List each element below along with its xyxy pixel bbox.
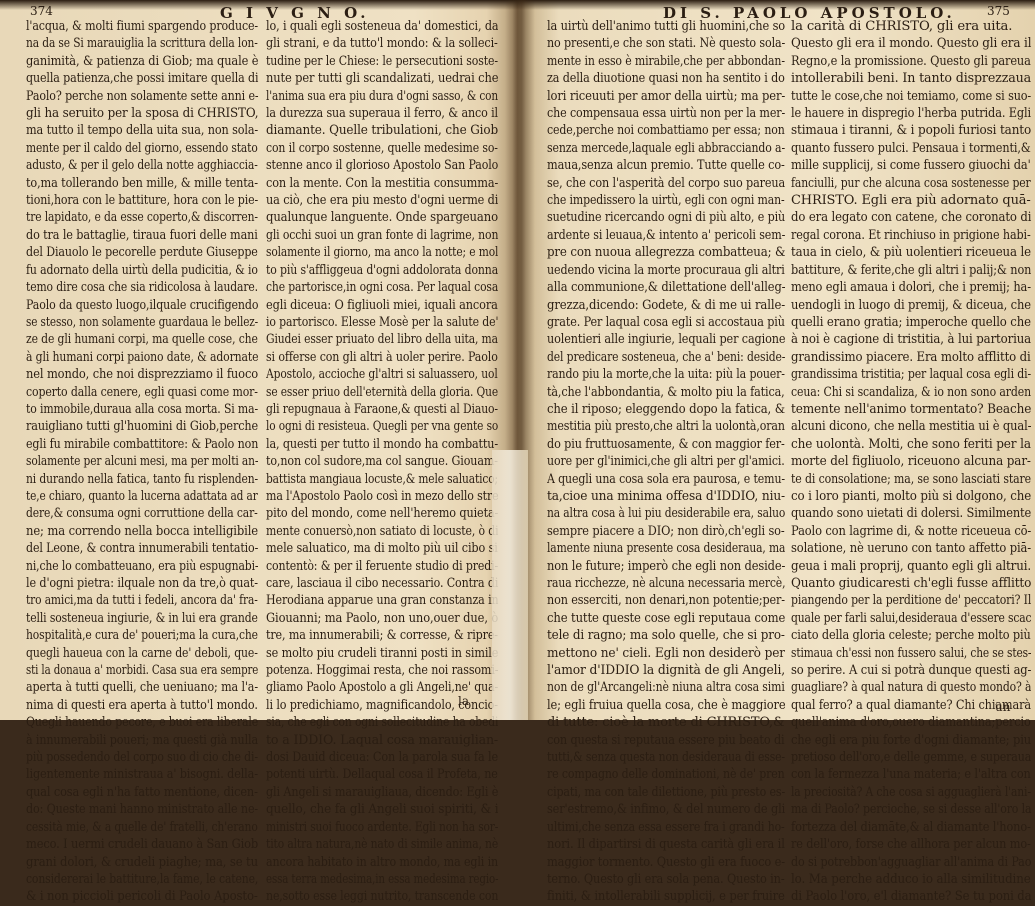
text-line: che compensaua essa uirtù non per la mer… xyxy=(547,105,785,122)
text-line: suetudine ricercando ogni di più alto, e… xyxy=(547,209,785,226)
text-line: del Leone, & contra innumerabili tentati… xyxy=(26,540,258,557)
text-line: aperta à tutti quelli, che ueniuano; ma … xyxy=(26,679,258,696)
text-line: egli fu mirabile combattitore: & Paolo n… xyxy=(26,436,258,453)
text-line: dere,& consuma ogni corruttione della ca… xyxy=(26,505,258,522)
text-line: alla communione,& dilettatione dell'alle… xyxy=(547,279,785,296)
text-line: fanciulli, pur che alcuna cosa sosteness… xyxy=(791,175,1031,192)
text-line: se stesso, non solamente guardaua le bel… xyxy=(26,314,258,331)
text-line: ua ciò, che era piu mesto d'ogni uerme d… xyxy=(266,192,498,209)
text-line: senza mercede,laquale egli abbracciando … xyxy=(547,140,785,157)
text-line: Giudei esser priuato del libro della uit… xyxy=(266,331,498,348)
text-line: mille supplicij, si come fussero giuochi… xyxy=(791,157,1031,174)
text-line: temo dire cosa che sia ridicolosa à laud… xyxy=(26,279,258,296)
text-line: no presenti,e che son stati. Nè questo s… xyxy=(547,35,785,52)
text-line: ni,che lo combatteuano, era più espugnab… xyxy=(26,558,258,575)
text-line: taua in cielo, & più uolentieri riceueua… xyxy=(791,244,1031,261)
text-line: cede,perche noi combattiamo per essa; no… xyxy=(547,122,785,139)
text-line: na altra cosa à lui piu desiderabile era… xyxy=(547,505,785,522)
text-line: intollerabili beni. In tanto disprezzaua xyxy=(791,70,1031,87)
text-line: io partorisco. Elesse Mosè per la salute… xyxy=(266,314,498,331)
text-line: tre, ma innumerabili; & corresse, & ripr… xyxy=(266,627,498,644)
text-line: nel mondo, che noi disprezziamo il fuoco xyxy=(26,366,258,383)
text-line: care, lasciaua il cibo necessario. Contr… xyxy=(266,575,498,592)
text-line: con la mente. Con la mestitia consumma- xyxy=(266,175,498,192)
text-line: battiture, & ferite,che gli altri i pali… xyxy=(791,262,1031,279)
text-line: egli diceua: O figliuoli miei, iquali an… xyxy=(266,297,498,314)
text-line: mente per il caldo del giorno, essendo s… xyxy=(26,140,258,157)
text-line: nima di questi era aperta à tutto'l mond… xyxy=(26,697,258,714)
text-line: Quegli hauendo pecore, e buoi era libera… xyxy=(26,714,258,720)
text-line: la carità di CHRISTO, gli era uita. xyxy=(791,18,1031,35)
text-line: se molto piu crudeli tiranni posti in si… xyxy=(266,645,498,662)
text-line: uedendo vicina la morte procuraua gli al… xyxy=(547,262,785,279)
text-line: raua ricchezze, nè alcuna necessaria mer… xyxy=(547,575,785,592)
text-line: potenza. Hoggimai resta, che noi rassomi… xyxy=(266,662,498,679)
text-line: do tra le battaglie, tiraua fuori delle … xyxy=(26,227,258,244)
text-line: hospitalità,e cura de' poueri;ma la cura… xyxy=(26,627,258,644)
text-line: l'acqua, & molti fiumi spargendo produce… xyxy=(26,18,258,35)
text-line: CHRISTO. Egli era più adornato quā- xyxy=(791,192,1031,209)
text-line: tudine per le Chiese: le persecutioni so… xyxy=(266,53,498,70)
text-line: so perire. A cui si potrà dunque questi … xyxy=(791,662,1031,679)
text-line: si offerse con gli altri à uoler perire.… xyxy=(266,349,498,366)
text-line: stenne anco il glorioso Apostolo San Pao… xyxy=(266,157,498,174)
text-line: ma tutto il tempo della uita sua, non so… xyxy=(26,122,258,139)
catchword: la xyxy=(458,694,469,708)
text-line: del predicare sosteneua, che a' beni: de… xyxy=(547,349,785,366)
text-line: solamente il giorno, ma anco la notte; e… xyxy=(266,244,498,261)
page-number: 375 xyxy=(987,4,1010,18)
text-line: le hauere in dispregio l'herba putrida. … xyxy=(791,105,1031,122)
page-number: 374 xyxy=(30,4,53,18)
book-spread: 374 G I V G N O. l'acqua, & molti fiumi … xyxy=(0,0,1035,720)
text-column-2: lo, i quali egli sosteneua da' domestici… xyxy=(266,18,498,720)
text-line: stimaua i tiranni, & i popoli furiosi ta… xyxy=(791,122,1031,139)
text-line: non de gl'Arcangeli:nè niuna altra cosa … xyxy=(547,679,785,696)
text-line: Regno,e la promissione. Questo gli pareu… xyxy=(791,53,1031,70)
text-line: diamante. Quelle tribulationi, che Giob xyxy=(266,122,498,139)
text-line: nute per tutti gli scandalizati, uedrai … xyxy=(266,70,498,87)
text-line: alcuni dicono, che nella mestitia ui è q… xyxy=(791,418,1031,435)
text-line: ne; ma correndo nella bocca intelligibil… xyxy=(26,523,258,540)
text-line: che il riposo; eleggendo dopo la fatica,… xyxy=(547,401,785,418)
text-line: co i loro pianti, molto più si dolgono, … xyxy=(791,488,1031,505)
text-column-1: la uirtù dell'animo tutti gli huomini,ch… xyxy=(547,18,785,720)
text-line: mestitia più presto,che altri la uolontà… xyxy=(547,418,785,435)
text-line: stimaua ch'essi non fussero salui, che s… xyxy=(791,645,1031,662)
text-column-1: l'acqua, & molti fiumi spargendo produce… xyxy=(26,18,258,720)
text-column-2: la carità di CHRISTO, gli era uita.Quest… xyxy=(791,18,1031,720)
text-line: solamente per alcuni mesi, ma per molti … xyxy=(26,453,258,470)
text-line: meno egli amaua i dolori, che i premij; … xyxy=(791,279,1031,296)
text-line: do era legato con catene, che coronato d… xyxy=(791,209,1031,226)
text-line: grandissima tristitia; per laqual cosa e… xyxy=(791,366,1031,383)
text-line: mente conuersò,non satiato di locuste, ò… xyxy=(266,523,498,540)
text-line: ganimità, & patienza di Giob; ma quale è xyxy=(26,53,258,70)
text-line: ceua: Chi si scandaliza, & io non sono a… xyxy=(791,384,1031,401)
text-line: to,non col sudore,ma col sangue. Giouam- xyxy=(266,453,498,470)
catchword: un xyxy=(995,700,1010,714)
text-line: l'amor d'IDDIO la dignità de gli Angeli, xyxy=(547,662,785,679)
text-line: uendogli in luogo di premij, & diceua, c… xyxy=(791,297,1031,314)
text-line: Apostolo, accioche gl'altri si saluasser… xyxy=(266,366,498,383)
text-line: sia, che egli con ogni sollecitudine ha … xyxy=(266,714,498,720)
text-line: quella patienza,che possi imitare quella… xyxy=(26,70,258,87)
text-line: ni durando nella fatica, tanto fu risple… xyxy=(26,471,258,488)
text-line: l'anima sua era piu dura d'ogni sasso, &… xyxy=(266,88,498,105)
text-line: fu adornato della uirtù della pudicitia,… xyxy=(26,262,258,279)
text-line: lori riceuuti per amor della uirtù; ma p… xyxy=(547,88,785,105)
text-line: gli occhi suoi un gran fonte di lagrime,… xyxy=(266,227,498,244)
text-line: pre con nuoua allegrezza combatteua; & xyxy=(547,244,785,261)
text-line: na da se Si marauiglia la scrittura dell… xyxy=(26,35,258,52)
text-line: grandissimo piacere. Era molto afflitto … xyxy=(791,349,1031,366)
text-line: te,e chiaro, quanto la lucerna adattata … xyxy=(26,488,258,505)
text-line: rando piu la morte,che la uita: più la p… xyxy=(547,366,785,383)
text-line: quegli haueua con la carne de' deboli, q… xyxy=(26,645,258,662)
text-line: che uolontà. Molti, che sono feriti per … xyxy=(791,436,1031,453)
text-line: tele di ragno; ma solo quelle, che si pr… xyxy=(547,627,785,644)
text-line: solatione, nè ueruno con tanto affetto p… xyxy=(791,540,1031,557)
text-line: lo ogni di resisteua. Quegli per vna gen… xyxy=(266,418,498,435)
text-line: se, che con l'asperità del corpo suo par… xyxy=(547,175,785,192)
text-line: del Diauolo le pecorelle perdute Giusepp… xyxy=(26,244,258,261)
text-line: lamente niuna presente cosa desideraua, … xyxy=(547,540,785,557)
text-line: quando sono uietati di dolersi. Similmen… xyxy=(791,505,1031,522)
text-line: tutte le cose,che noi temiamo, come si s… xyxy=(791,88,1031,105)
text-line: tre lapidato, e da esse coperto,& discor… xyxy=(26,209,258,226)
text-line: telli sosteneua ingiurie, & in lui era g… xyxy=(26,610,258,627)
text-line: ta,cioe una minima offesa d'IDDIO, niu- xyxy=(547,488,785,505)
text-line: A quegli una cosa sola era paurosa, e te… xyxy=(547,471,785,488)
text-line: Giouanni; ma Paolo, non uno,ouer due, ò xyxy=(266,610,498,627)
text-line: do piu fruttuosamente, & con maggior fer… xyxy=(547,436,785,453)
text-line: à noi è cagione di tristitia, à lui part… xyxy=(791,331,1031,348)
right-page: DI S. PAOLO APOSTOLO. 375 la uirtù dell'… xyxy=(535,0,1035,720)
text-line: Herodiana apparue una gran constanza in xyxy=(266,592,498,609)
text-line: morte del figliuolo, riceuono alcuna par… xyxy=(791,453,1031,470)
text-line: à gli humani corpi paiono date, & adorna… xyxy=(26,349,258,366)
text-line: gli ha seruito per la sposa di CHRISTO, xyxy=(26,105,258,122)
text-line: tro amici,ma da tutti i fedeli, ancora d… xyxy=(26,592,258,609)
text-line: Paolo? perche non solamente sette anni e… xyxy=(26,88,258,105)
text-line: lo, i quali egli sosteneua da' domestici… xyxy=(266,18,498,35)
text-line: quale per farli salui,desideraua d'esser… xyxy=(791,610,1031,627)
text-line: tioni,hora con le battiture, hora con le… xyxy=(26,192,258,209)
text-line: to più s'affliggeua d'ogni addolorata do… xyxy=(266,262,498,279)
text-line: uolentieri alle ingiurie, lequali per ca… xyxy=(547,331,785,348)
text-line: piangendo per la perditione de' peccator… xyxy=(791,592,1031,609)
text-line: uore per gl'inimici,che gli altri per gl… xyxy=(547,453,785,470)
text-line: gli repugnaua à Faraone,& questi al Diau… xyxy=(266,401,498,418)
text-line: quelli erano gratia; imperoche quello ch… xyxy=(791,314,1031,331)
text-line: le d'ogni pietra: ilquale non da tre,ò q… xyxy=(26,575,258,592)
text-line: che partorisce,in ogni cosa. Per laqual … xyxy=(266,279,498,296)
text-line: che tutte queste cose egli reputaua come xyxy=(547,610,785,627)
text-line: to immobile,duraua alla cosa morta. Si m… xyxy=(26,401,258,418)
text-line: se esser priuo dell'eternità della glori… xyxy=(266,384,498,401)
text-line: ma l'Apostolo Paolo così in mezo dello s… xyxy=(266,488,498,505)
text-line: tà,che l'abbondantia, & molto piu la fat… xyxy=(547,384,785,401)
text-line: regal corona. Et rinchiuso in prigione h… xyxy=(791,227,1031,244)
text-line: mele saluatico, ma di molto più uil cibo… xyxy=(266,540,498,557)
text-line: gli strani, e da tutto'l mondo: & la sol… xyxy=(266,35,498,52)
text-line: grate. Per laqual cosa egli si accostaua… xyxy=(547,314,785,331)
text-line: con il corpo sostenne, quelle medesime s… xyxy=(266,140,498,157)
text-line: adusto, & per il gelo della notte agghia… xyxy=(26,157,258,174)
text-line: sti la donaua a' morbidi. Casa sua era s… xyxy=(26,662,258,679)
text-line: contentò: & per il feruente studio di pr… xyxy=(266,558,498,575)
text-line: che impedissero la uirtù, egli con ogni … xyxy=(547,192,785,209)
text-line: non esserciti, non denari,non potentie;p… xyxy=(547,592,785,609)
text-line: temente nell'animo tormentato? Beache xyxy=(791,401,1031,418)
text-line: di tutte: cioè la morte di CHRISTO,& xyxy=(547,714,785,720)
text-line: mettono ne' cieli. Egli non desiderò per xyxy=(547,645,785,662)
text-line: le; egli fruiua quella cosa, che è maggi… xyxy=(547,697,785,714)
text-line: te di consolatione; ma, se sono lasciati… xyxy=(791,471,1031,488)
text-line: Questo gli era il mondo. Questo gli era … xyxy=(791,35,1031,52)
text-line: ciato della gloria celeste; perche molto… xyxy=(791,627,1031,644)
text-line: quell'anima d'oro,ouero diamantina;perci… xyxy=(791,714,1031,720)
text-line: non le future; imperò che egli non desid… xyxy=(547,558,785,575)
text-line: mente in esso è mirabile,che per abbonda… xyxy=(547,53,785,70)
text-line: coperto dalla cenere, egli quasi come mo… xyxy=(26,384,258,401)
text-line: Paolo con lagrime di, & notte riceueua c… xyxy=(791,523,1031,540)
text-line: Paolo da questo luogo,ilquale crucifigen… xyxy=(26,297,258,314)
text-line: pito del mondo, come nell'heremo quieta- xyxy=(266,505,498,522)
text-line: la uirtù dell'animo tutti gli huomini,ch… xyxy=(547,18,785,35)
text-line: la, questi per tutto il mondo ha combatt… xyxy=(266,436,498,453)
text-line: Quanto giudicaresti ch'egli fusse afflit… xyxy=(791,575,1031,592)
text-line: qualunque languente. Onde spargeuano xyxy=(266,209,498,226)
left-page: 374 G I V G N O. l'acqua, & molti fiumi … xyxy=(0,0,505,720)
text-line: guagliare? à qual natura di questo mondo… xyxy=(791,679,1031,696)
text-line: geua i mali proprij, quanto egli gli alt… xyxy=(791,558,1031,575)
text-line: maua,senza alcun premio. Tutte quelle co… xyxy=(547,157,785,174)
text-line: la durezza sua superaua il ferro, & anco… xyxy=(266,105,498,122)
text-line: to,ma tollerando ben mille, & mille tent… xyxy=(26,175,258,192)
text-line: rauigliano tutti gl'huomini di Giob,perc… xyxy=(26,418,258,435)
text-line: za della diuotione quasi non ha sentito … xyxy=(547,70,785,87)
text-line: ze de gli humani corpi, ma quelle cose, … xyxy=(26,331,258,348)
text-line: ardente si leuaua,& intento a' pericoli … xyxy=(547,227,785,244)
text-line: battista mangiaua locuste,& mele saluati… xyxy=(266,471,498,488)
text-line: sempre piacere a DIO; non dirò,ch'egli s… xyxy=(547,523,785,540)
text-line: quanto fussero pulci. Pensaua i tormenti… xyxy=(791,140,1031,157)
paper-flap xyxy=(492,450,528,720)
text-line: grezza,dicendo: Godete, & di me ui ralle… xyxy=(547,297,785,314)
